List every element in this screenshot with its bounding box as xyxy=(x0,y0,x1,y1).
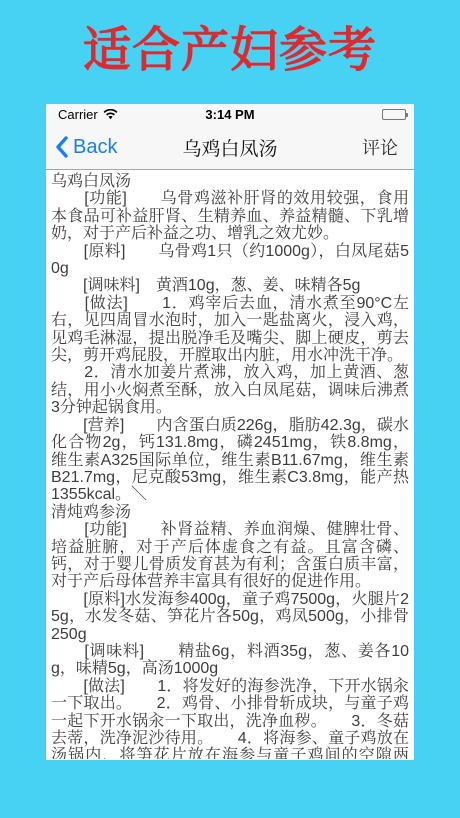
back-button[interactable]: Back xyxy=(55,136,117,159)
poster-title: 适合产妇参考 xyxy=(0,18,460,82)
content-paragraph: [营养] 内含蛋白质226g，脂肪42.3g，碳水化合物2g，钙131.8mg，… xyxy=(51,417,409,504)
poster-background: 适合产妇参考 Carrier 3:14 PM Bac xyxy=(0,0,460,818)
content-paragraph: [做法] 1．鸡宰后去血，清水煮至90°C左右，见四周冒水泡时，加入一匙盐离火，… xyxy=(51,295,409,365)
nav-bar: Back 乌鸡白凤汤 评论 xyxy=(46,125,414,170)
content-paragraph: [功能] 补肾益精、养血润燥、健脾壮骨、培益脏腑，对于产后体虚食之有益。且富含磷… xyxy=(51,521,409,591)
battery-tip xyxy=(406,113,408,117)
recipe-content[interactable]: 乌鸡白凤汤 [功能] 乌骨鸡滋补肝肾的效用较强，食用本食品可补益肝肾、生精养血、… xyxy=(46,170,414,759)
content-paragraph: [调味料] 黄酒10g，葱、姜、味精各5g xyxy=(51,277,409,294)
back-label: Back xyxy=(73,136,117,159)
content-paragraph: 清炖鸡参汤 xyxy=(51,504,409,521)
status-bar: Carrier 3:14 PM xyxy=(46,104,414,125)
phone-screen: Carrier 3:14 PM Back 乌鸡白凤汤 xyxy=(46,104,414,760)
content-paragraph: [功能] 乌骨鸡滋补肝肾的效用较强，食用本食品可补益肝肾、生精养血、养益精髓、下… xyxy=(51,190,409,242)
content-paragraph: [原料]水发海参400g，童子鸡7500g，火腿片25g，水发冬菇、笋花片各50… xyxy=(51,591,409,643)
content-paragraph: [做法] 1．将发好的海参洗净，下开水锅汆一下取出。 2．鸡骨、小排骨斩成块，与… xyxy=(51,678,409,759)
recipe-text: 乌鸡白凤汤 [功能] 乌骨鸡滋补肝肾的效用较强，食用本食品可补益肝肾、生精养血、… xyxy=(51,173,409,759)
comments-button[interactable]: 评论 xyxy=(362,134,398,160)
content-paragraph: [调味料] 精盐6g，料酒35g，葱、姜各10g，味精5g，高汤1000g xyxy=(51,643,409,678)
content-paragraph: [原料] 乌骨鸡1只（约1000g），白凤尾菇50g xyxy=(51,243,409,278)
status-time: 3:14 PM xyxy=(46,107,414,122)
content-paragraph: 乌鸡白凤汤 xyxy=(51,173,409,190)
content-paragraph: 2．清水加姜片煮沸，放入鸡，加上黄酒、葱结，用小火焖煮至酥，放入白凤尾菇，调味后… xyxy=(51,364,409,416)
battery-icon xyxy=(382,109,406,120)
back-chevron-icon xyxy=(55,136,68,158)
